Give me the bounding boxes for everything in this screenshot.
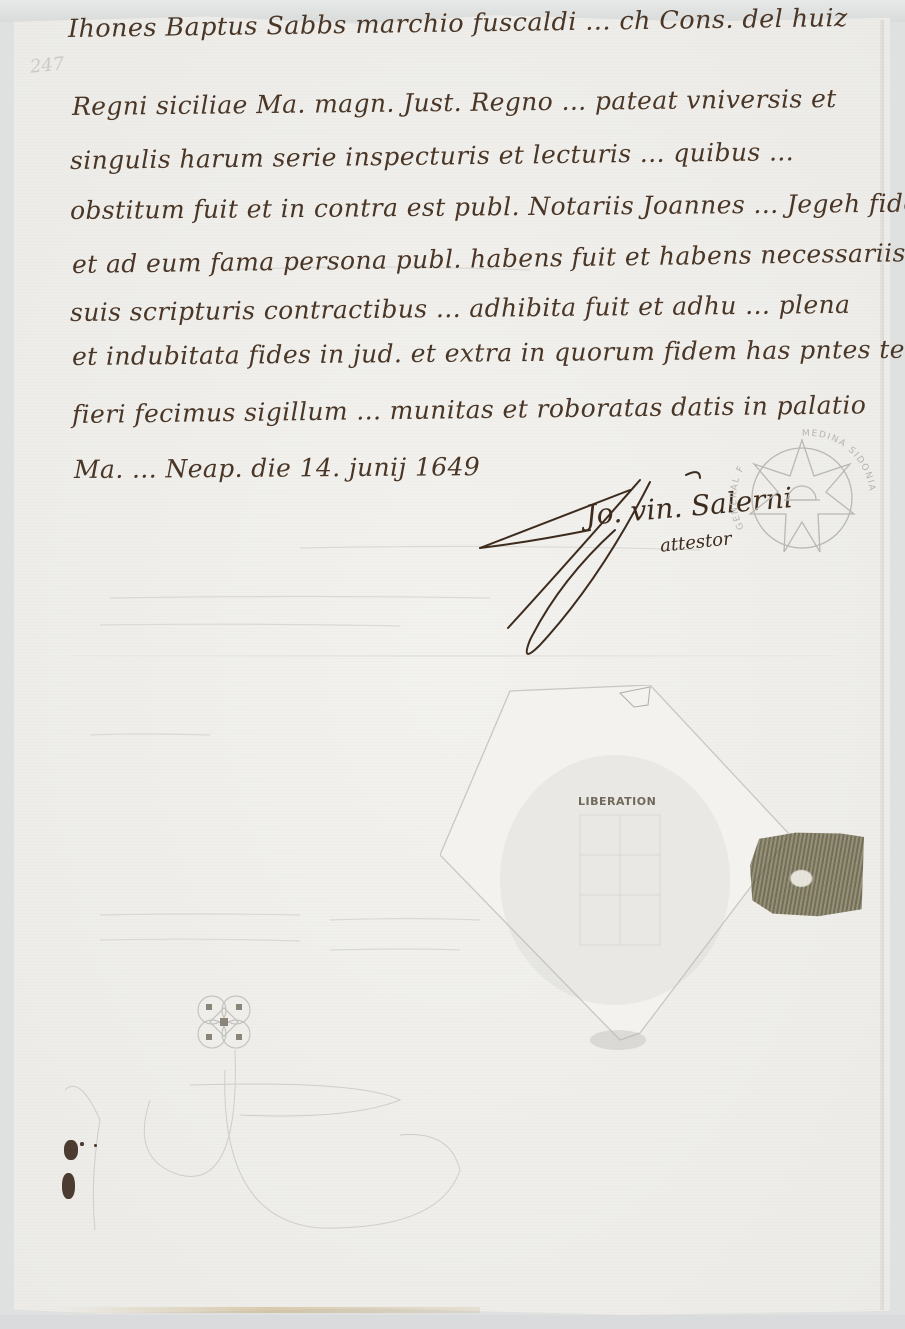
seal-label: LIBERATION xyxy=(578,795,656,808)
document-viewer: 247 Ihones Baptus Sabbs marchio fuscaldi… xyxy=(0,0,905,1329)
wax-seal-remnant xyxy=(750,830,864,918)
archive-stamp: GENERAL F MEDINA SIDONIA xyxy=(722,418,882,578)
ink-stain xyxy=(64,1140,78,1160)
stamp-text-left: GENERAL F xyxy=(729,464,747,531)
ink-stain xyxy=(80,1142,84,1146)
ink-stain xyxy=(62,1173,75,1199)
svg-text:MEDINA SIDONIA: MEDINA SIDONIA xyxy=(802,429,877,493)
ink-stain xyxy=(94,1144,97,1147)
manuscript-line: Ma. ... Neap. die 14. junij 1649 xyxy=(74,452,480,484)
stamp-text-right: MEDINA SIDONIA xyxy=(802,429,877,493)
svg-text:GENERAL F: GENERAL F xyxy=(729,464,747,531)
pencil-scribbles xyxy=(40,980,480,1300)
